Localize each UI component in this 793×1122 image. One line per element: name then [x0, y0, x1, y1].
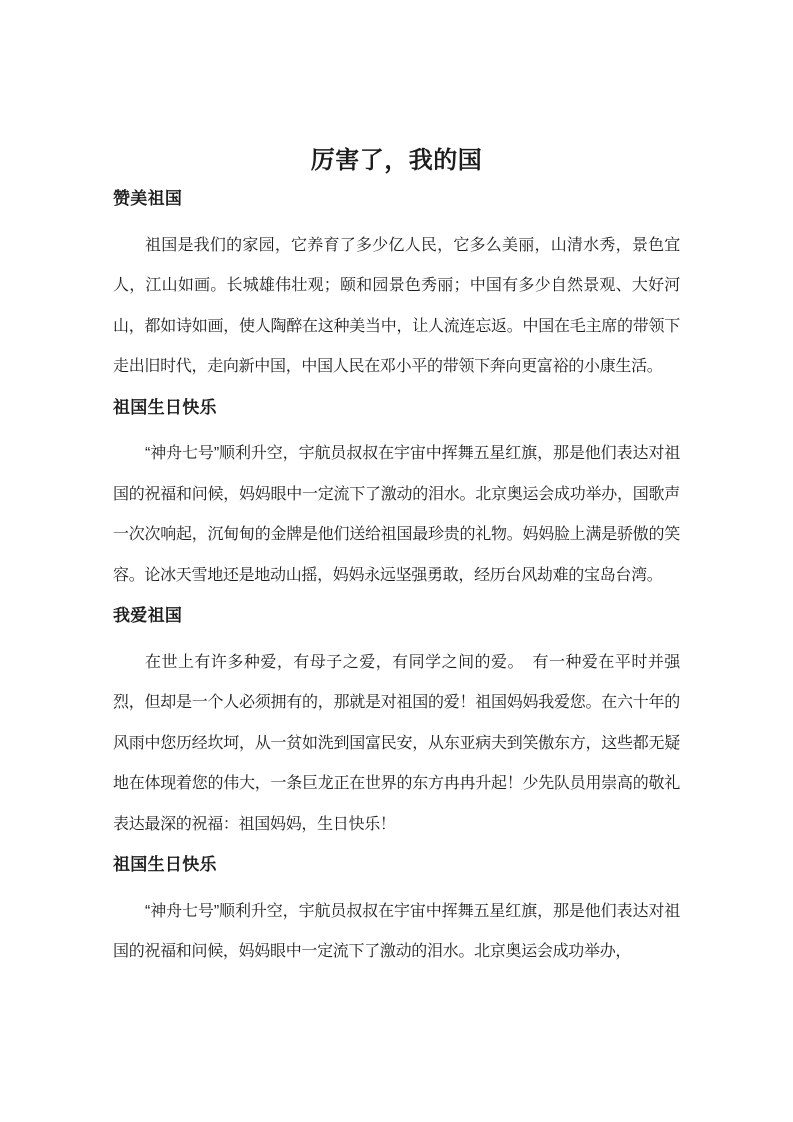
section-love-motherland: 我爱祖国 在世上有许多种爱，有母子之爱，有同学之间的爱。 有一种爱在平时并强烈，…	[113, 596, 680, 845]
document-title: 厉害了，我的国	[113, 143, 680, 179]
section-motherland-birthday-1: 祖国生日快乐 “神舟七号”顺利升空，宇航员叔叔在宇宙中挥舞五星红旗，那是他们表达…	[113, 388, 680, 597]
section-praise-motherland: 赞美祖国 祖国是我们的家园，它养育了多少亿人民，它多么美丽，山清水秀，景色宜人，…	[113, 179, 680, 388]
section-heading: 我爱祖国	[113, 596, 680, 637]
section-heading: 赞美祖国	[113, 179, 680, 220]
section-motherland-birthday-2: 祖国生日快乐 “神舟七号”顺利升空，宇航员叔叔在宇宙中挥舞五星红旗，那是他们表达…	[113, 845, 680, 973]
document-page: 厉害了，我的国 赞美祖国 祖国是我们的家园，它养育了多少亿人民，它多么美丽，山清…	[0, 0, 793, 1122]
paragraph: 祖国是我们的家园，它养育了多少亿人民，它多么美丽，山清水秀，景色宜人，江山如画。…	[113, 226, 680, 388]
section-heading: 祖国生日快乐	[113, 845, 680, 886]
paragraph: 在世上有许多种爱，有母子之爱，有同学之间的爱。 有一种爱在平时并强烈，但却是一个…	[113, 643, 680, 846]
paragraph: “神舟七号”顺利升空，宇航员叔叔在宇宙中挥舞五星红旗，那是他们表达对祖国的祝福和…	[113, 892, 680, 973]
section-heading: 祖国生日快乐	[113, 388, 680, 429]
paragraph: “神舟七号”顺利升空，宇航员叔叔在宇宙中挥舞五星红旗，那是他们表达对祖国的祝福和…	[113, 434, 680, 596]
